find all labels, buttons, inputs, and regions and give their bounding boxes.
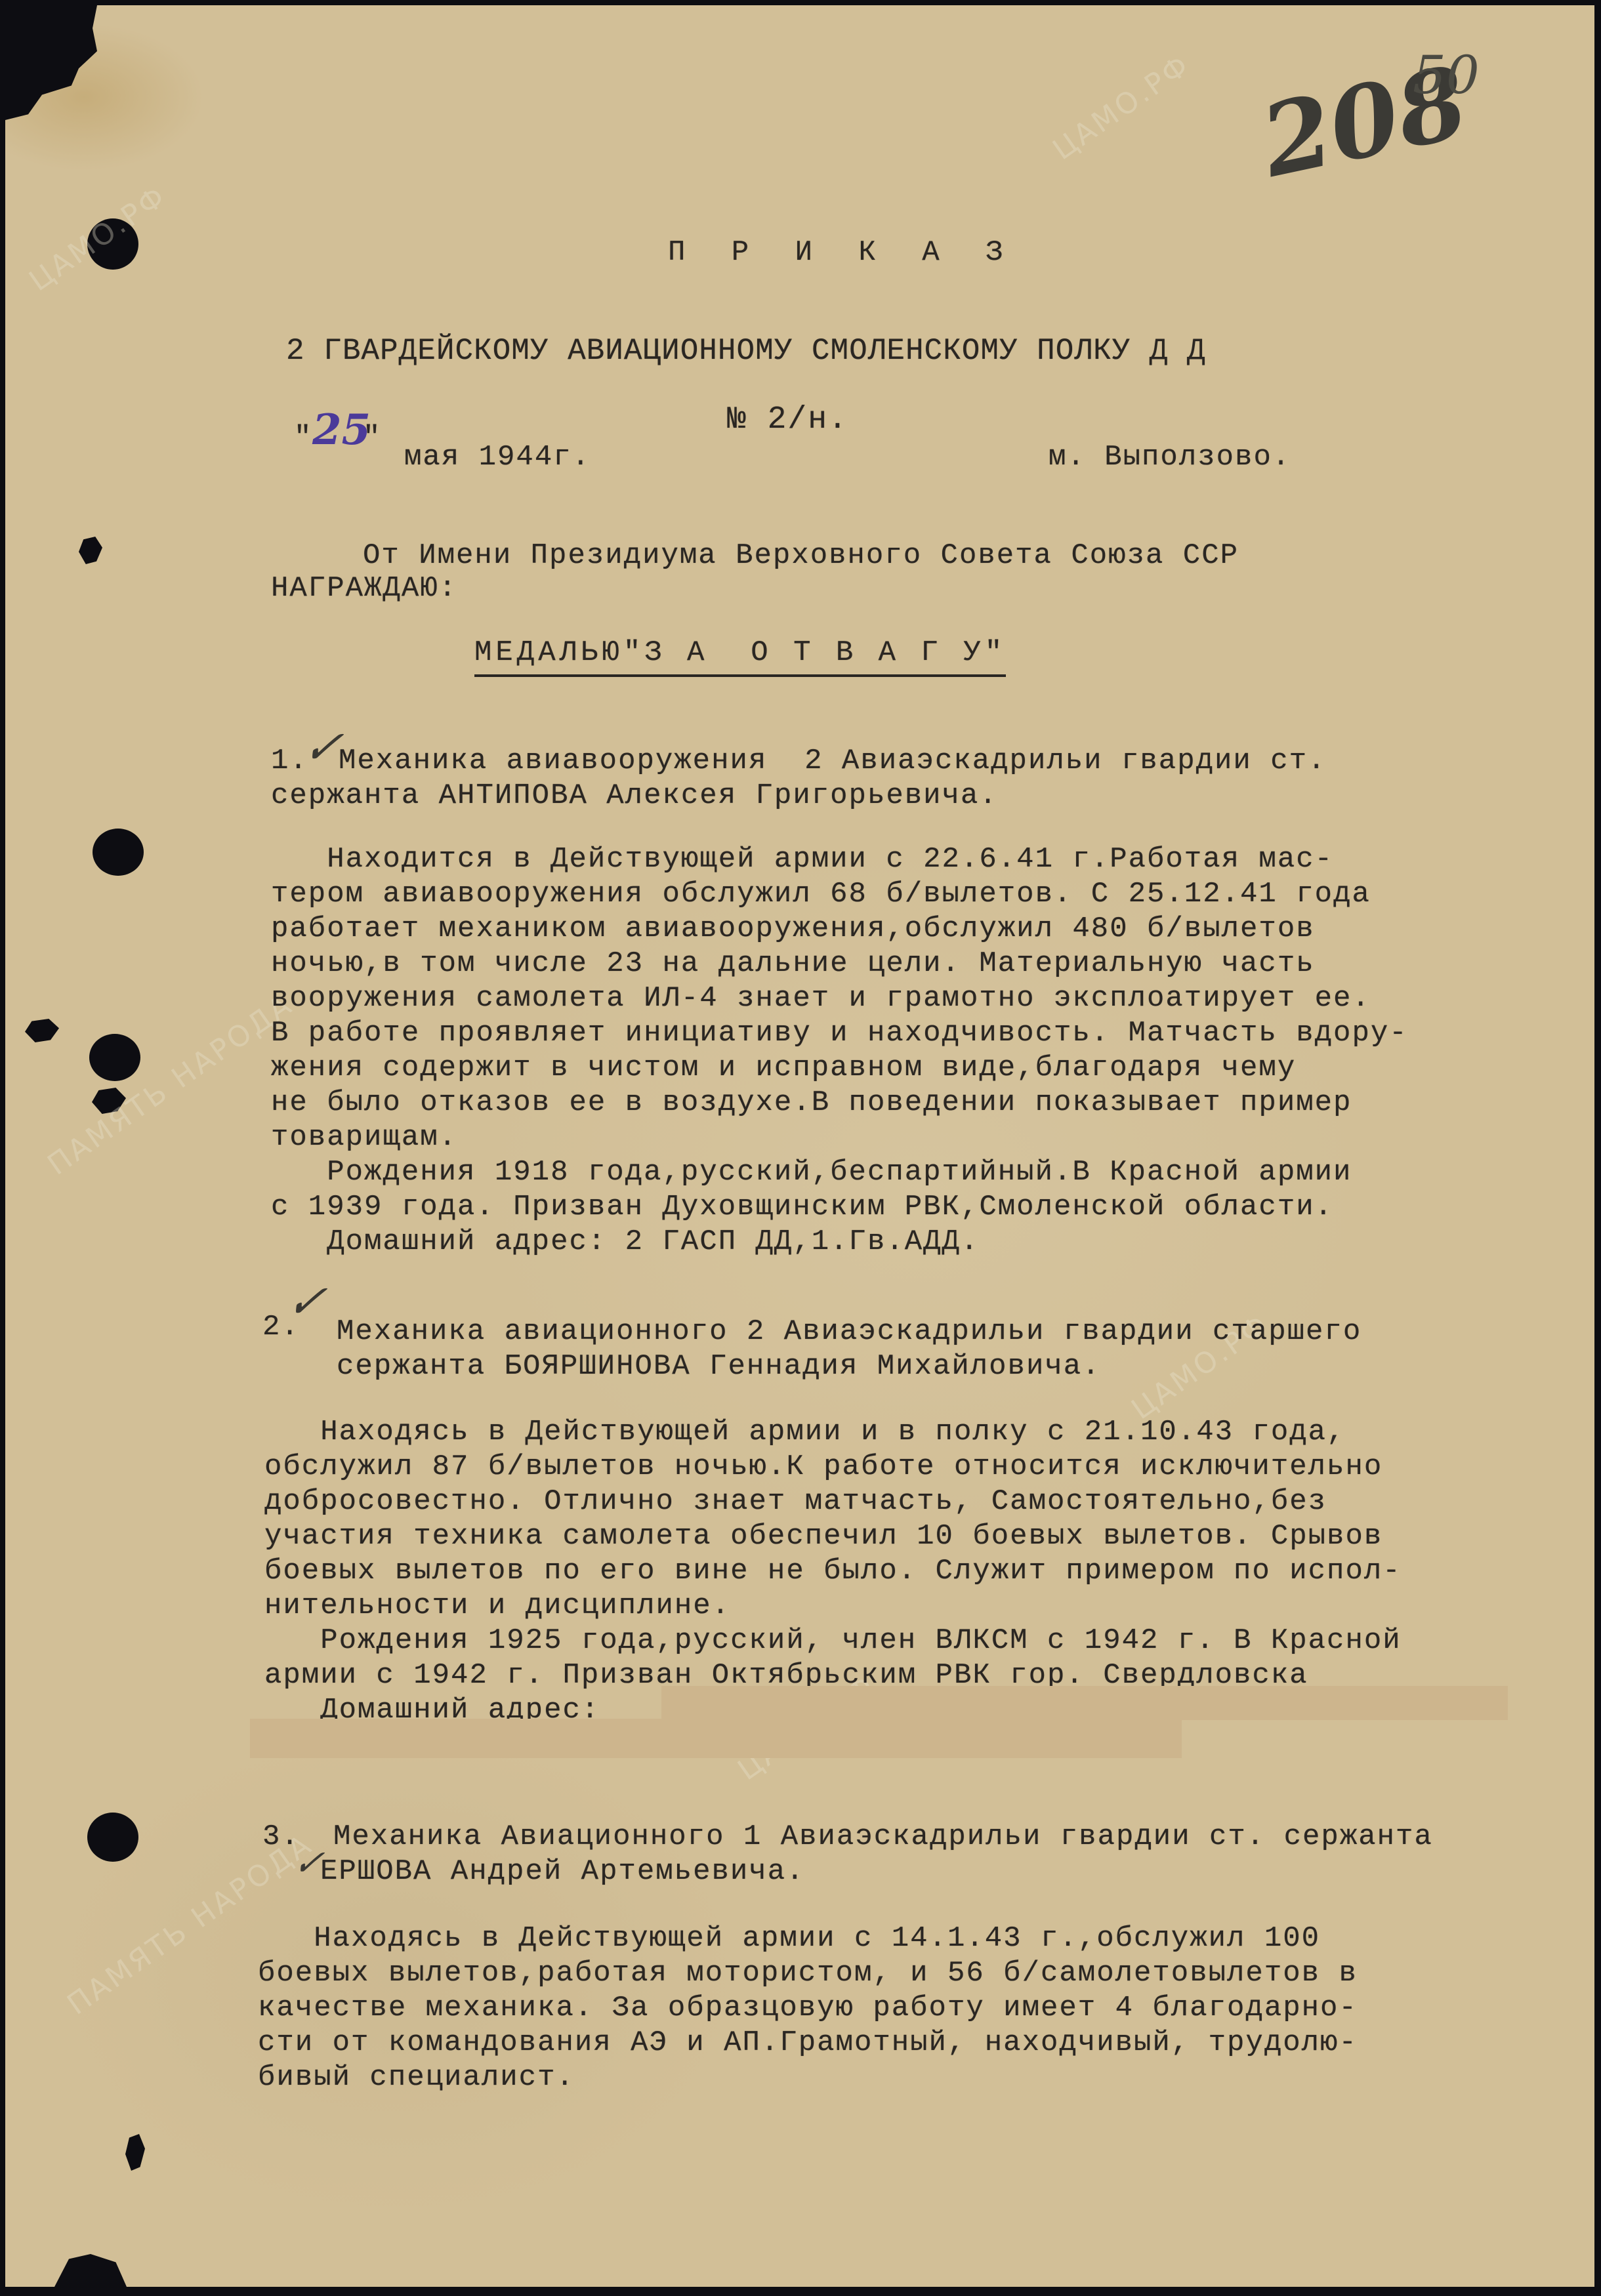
punch-hole bbox=[89, 1034, 140, 1081]
entry-heading: Механика авиационного 2 Авиаэскадрильи г… bbox=[337, 1314, 1362, 1349]
body-line: Находясь в Действующей армии и в полку с… bbox=[264, 1414, 1345, 1450]
body-line: Домашний адрес: 2 ГАСП ДД,1.Гв.АДД. bbox=[271, 1224, 979, 1260]
body-line: качестве механика. За образцовую работу … bbox=[258, 1990, 1358, 2026]
redaction-box bbox=[250, 1719, 1182, 1758]
date-day-handwritten: 25 bbox=[312, 405, 371, 455]
body-line: Рождения 1925 года,русский, член ВЛКСМ с… bbox=[264, 1623, 1402, 1658]
award-title: МЕДАЛЬЮ"З А О Т В А Г У" bbox=[474, 635, 1006, 677]
entry-number: 3. bbox=[262, 1819, 300, 1855]
body-line: сти от командования АЭ и АП.Грамотный, н… bbox=[258, 2025, 1358, 2060]
document-title: П Р И К А З bbox=[668, 235, 1017, 270]
punch-hole bbox=[92, 1088, 126, 1114]
entry-number: 1. bbox=[271, 743, 308, 779]
entry-heading: ЕРШОВА Андрей Артемьевича. bbox=[320, 1854, 805, 1889]
preamble: От Имени Президиума Верховного Совета Со… bbox=[363, 538, 1239, 573]
entry-heading: сержанта АНТИПОВА Алексея Григорьевича. bbox=[271, 778, 998, 813]
torn-edge bbox=[54, 2254, 127, 2287]
entry-heading: Механика авиавооружения 2 Авиаэскадрильи… bbox=[339, 743, 1326, 779]
folio-number: 208 bbox=[1252, 44, 1477, 199]
document-page: ЦАМО.РФ ЦАМО.РФ ПАМЯТЬ НАРОДА ЦАМО.РФ ПА… bbox=[5, 5, 1594, 2287]
body-line: боевых вылетов,работая мотористом, и 56 … bbox=[258, 1956, 1358, 1991]
body-line: Рождения 1918 года,русский,беспартийный.… bbox=[271, 1155, 1352, 1190]
watermark: ПАМЯТЬ НАРОДА bbox=[41, 987, 299, 1181]
body-line: тером авиавооружения обслужил 68 б/вылет… bbox=[271, 876, 1371, 912]
date-quote-open: " bbox=[294, 420, 312, 455]
torn-corner bbox=[5, 5, 97, 120]
folio-number-secondary: 50 bbox=[1413, 45, 1480, 106]
body-line: не было отказов ее в воздухе.В поведении… bbox=[271, 1085, 1352, 1120]
order-number: № 2/н. bbox=[727, 402, 848, 438]
addressee: 2 ГВАРДЕЙСКОМУ АВИАЦИОННОМУ СМОЛЕНСКОМУ … bbox=[286, 333, 1206, 369]
body-line: участия техника самолета обеспечил 10 бо… bbox=[264, 1519, 1383, 1554]
watermark: ЦАМО.РФ bbox=[1047, 48, 1197, 167]
order-place: м. Выползово. bbox=[1049, 440, 1291, 475]
body-line: Находясь в Действующей армии с 14.1.43 г… bbox=[258, 1921, 1320, 1956]
entry-heading: сержанта БОЯРШИНОВА Геннадия Михайловича… bbox=[337, 1349, 1101, 1384]
body-line: обслужил 87 б/вылетов ночью.К работе отн… bbox=[264, 1449, 1383, 1485]
entry-heading: Механика Авиационного 1 Авиаэскадрильи г… bbox=[333, 1819, 1433, 1855]
punch-hole bbox=[125, 2134, 145, 2171]
body-line: вооружения самолета ИЛ-4 знает и грамотн… bbox=[271, 981, 1371, 1016]
punch-hole bbox=[25, 1019, 59, 1042]
body-line: добросовестно. Отлично знает матчасть, С… bbox=[264, 1484, 1327, 1519]
redaction-box bbox=[661, 1686, 1508, 1720]
body-line: В работе проявляет инициативу и находчив… bbox=[271, 1015, 1408, 1051]
entry-number: 2. bbox=[262, 1309, 300, 1345]
body-line: ночью,в том числе 23 на дальние цели. Ма… bbox=[271, 946, 1315, 981]
body-line: бивый специалист. bbox=[258, 2060, 575, 2095]
preamble-award-verb: НАГРАЖДАЮ: bbox=[271, 571, 457, 606]
body-line: нительности и дисциплине. bbox=[264, 1588, 730, 1624]
body-line: Находится в Действующей армии с 22.6.41 … bbox=[271, 842, 1333, 877]
punch-hole bbox=[87, 218, 138, 270]
body-line: жения содержит в чистом и исправном виде… bbox=[271, 1050, 1296, 1086]
body-line: товарищам. bbox=[271, 1120, 457, 1155]
punch-hole bbox=[87, 1813, 138, 1862]
body-line: работает механиком авиавооружения,обслуж… bbox=[271, 911, 1315, 947]
body-line: боевых вылетов по его вине не было. Служ… bbox=[264, 1553, 1402, 1589]
punch-hole bbox=[79, 537, 102, 564]
order-date: мая 1944г. bbox=[404, 440, 591, 475]
body-line: с 1939 года. Призван Духовщинским РВК,См… bbox=[271, 1189, 1333, 1225]
punch-hole bbox=[93, 829, 144, 876]
date-quote-close: " bbox=[363, 420, 381, 455]
